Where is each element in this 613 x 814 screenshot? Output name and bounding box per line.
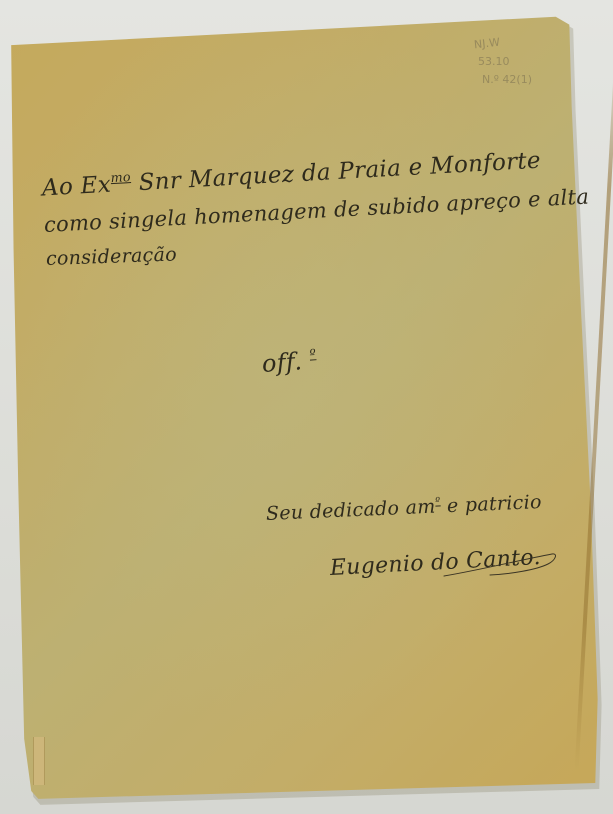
archive-mark-line-3: N.º 42(1) [482, 74, 532, 85]
dedication-line-3: consideração [46, 243, 178, 270]
closing-suffix: e patricio [440, 491, 542, 517]
dedication-prefix: Ao [41, 173, 81, 201]
paper-sheet [10, 12, 600, 802]
archive-mark-line-1: NJ.W [473, 37, 500, 51]
archive-mark-line-2: 53.10 [478, 56, 510, 67]
offering-mark: off. º [261, 346, 317, 378]
offering-text: off. [261, 347, 303, 378]
binding-tab [33, 737, 45, 785]
offering-superscript: º [309, 347, 317, 362]
honorific-superscript: mo [110, 169, 131, 185]
honorific-abbrev: Ex [80, 172, 112, 200]
signature-flourish-icon [440, 548, 560, 582]
